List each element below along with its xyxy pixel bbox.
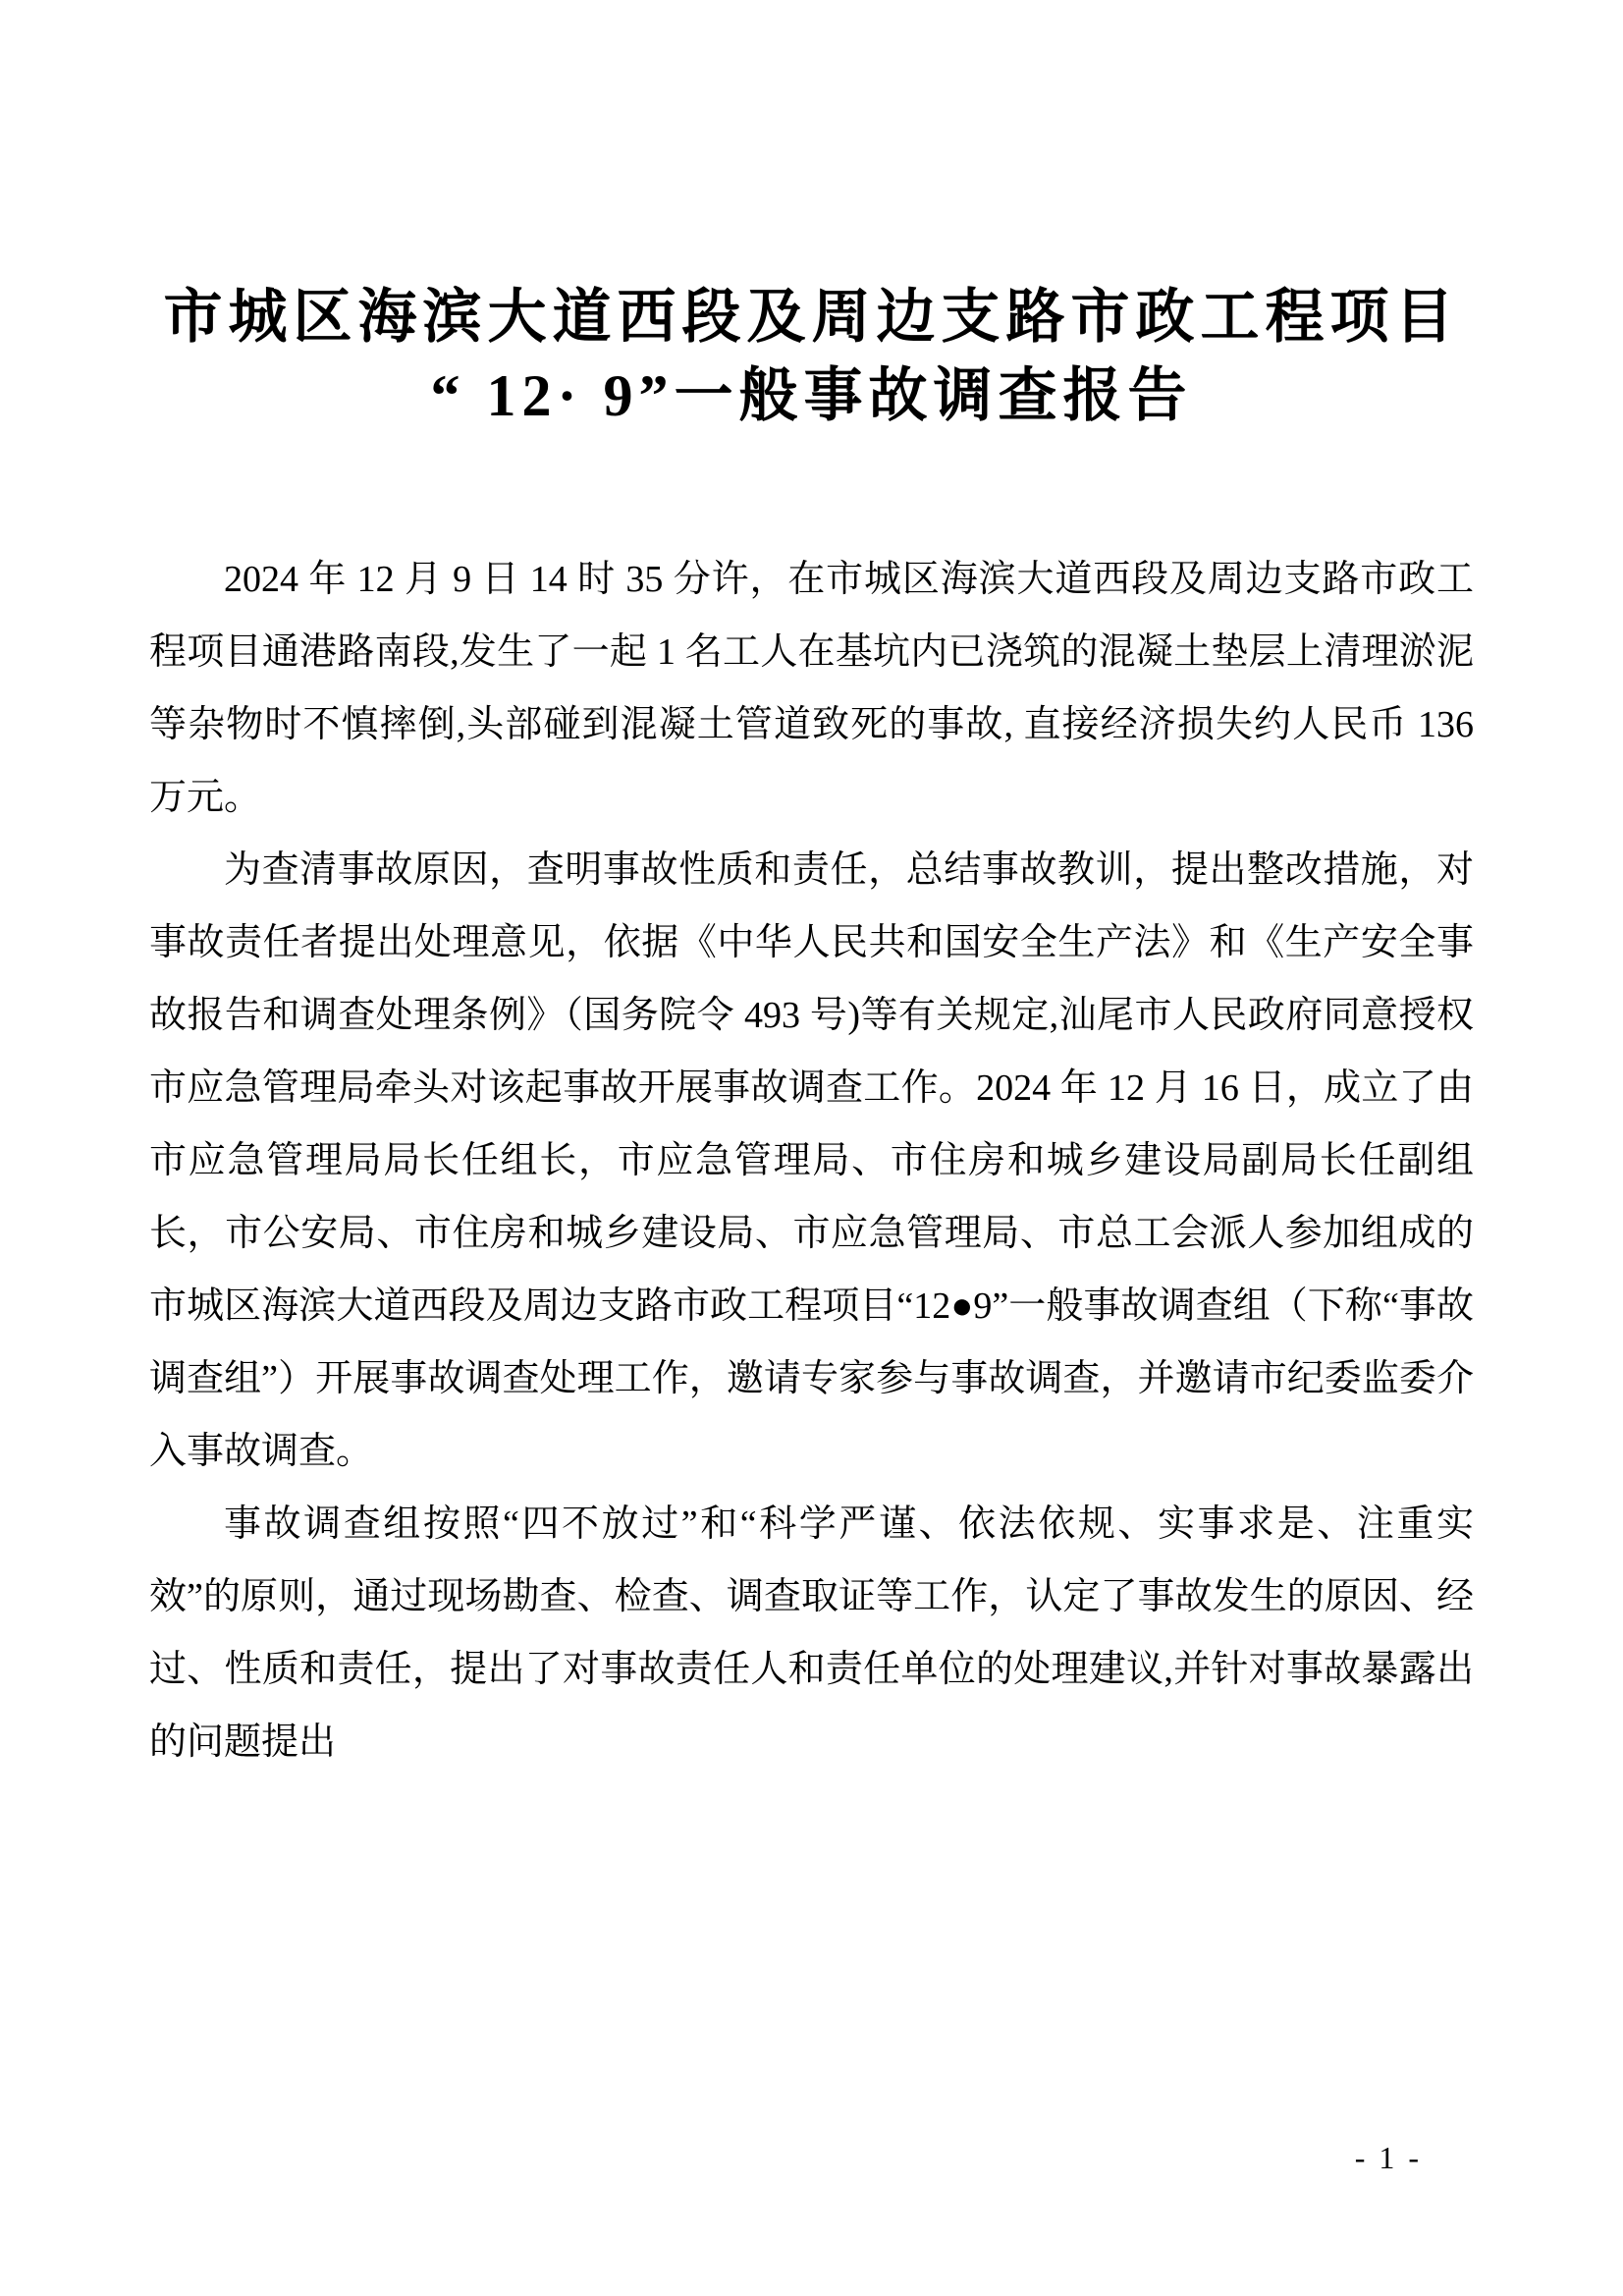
document-title: 市城区海滨大道西段及周边支路市政工程项目 “ 12· 9”一般事故调查报告: [149, 278, 1474, 435]
document-body: 2024 年 12 月 9 日 14 时 35 分许，在市城区海滨大道西段及周边…: [149, 543, 1474, 1778]
paragraph-accident-summary: 2024 年 12 月 9 日 14 时 35 分许，在市城区海滨大道西段及周边…: [149, 543, 1474, 834]
paragraph-investigation-team: 为查清事故原因，查明事故性质和责任，总结事故教训，提出整改措施，对事故责任者提出…: [149, 834, 1474, 1488]
title-line-1: 市城区海滨大道西段及周边支路市政工程项目: [149, 278, 1474, 356]
paragraph-investigation-principles: 事故调查组按照“四不放过”和“科学严谨、依法依规、实事求是、注重实效”的原则，通…: [149, 1488, 1474, 1778]
document-page: 市城区海滨大道西段及周边支路市政工程项目 “ 12· 9”一般事故调查报告 20…: [0, 0, 1623, 2296]
title-line-2: “ 12· 9”一般事故调查报告: [149, 356, 1474, 435]
page-number: - 1 -: [1355, 2140, 1422, 2176]
